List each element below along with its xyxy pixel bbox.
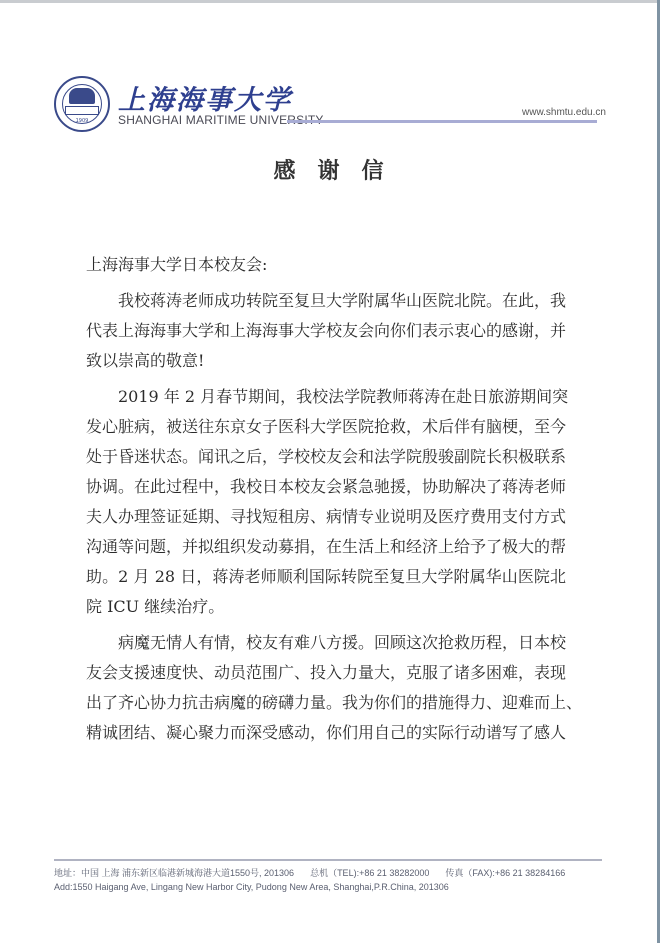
text-line: 沟通等问题，并拟组织发动募捐，在生活上和经济上给予了极大的帮 xyxy=(86,532,566,562)
text-line: 友会支援速度快、动员范围广、投入力量大，克服了诸多困难，表现 xyxy=(86,658,566,688)
text-line: 2019 年 2 月春节期间，我校法学院教师蒋涛在赴日旅游期间突 xyxy=(86,382,566,412)
text-line: 协调。在此过程中，我校日本校友会紧急驰援，协助解决了蒋涛老师 xyxy=(86,472,566,502)
seal-name-band xyxy=(65,106,99,115)
text-line: 出了齐心协力抗击病魔的磅礴力量。我为你们的措施得力、迎难而上、 xyxy=(86,688,566,718)
website-url: www.shmtu.edu.cn xyxy=(522,107,606,118)
seal-ship-emblem-icon xyxy=(69,88,95,104)
telephone: 总机（TEL):+86 21 38282000 xyxy=(310,868,429,878)
footer-rule xyxy=(54,859,602,861)
text-line: 精诚团结、凝心聚力而深受感动，你们用自己的实际行动谱写了感人 xyxy=(86,718,566,748)
footer-line-cn: 地址：中国 上海 浦东新区临港新城海港大道1550号, 201306总机（TEL… xyxy=(54,866,634,880)
text-line: 院 ICU 继续治疗。 xyxy=(86,592,566,622)
address-en: Add:1550 Haigang Ave, Lingang New Harbor… xyxy=(54,880,634,894)
salutation: 上海海事大学日本校友会: xyxy=(86,250,566,280)
text-line: 病魔无情人有情，校友有难八方援。回顾这次抢救历程，日本校 xyxy=(86,628,566,658)
text-line: 处于昏迷状态。闻讯之后，学校校友会和法学院殷骏副院长积极联系 xyxy=(86,442,566,472)
text-line: 代表上海海事大学和上海海事大学校友会向你们表示衷心的感谢，并 xyxy=(86,316,566,346)
seal-year: 1909 xyxy=(56,118,108,124)
letter-body: 上海海事大学日本校友会: 我校蒋涛老师成功转院至复旦大学附属华山医院北院。在此，… xyxy=(86,250,566,748)
text-line: 发心脏病，被送往东京女子医科大学医院抢救，术后伴有脑梗，至今 xyxy=(86,412,566,442)
footer: 地址：中国 上海 浦东新区临港新城海港大道1550号, 201306总机（TEL… xyxy=(54,866,634,894)
letterhead-rule xyxy=(287,120,597,123)
text-line: 致以崇高的敬意! xyxy=(86,346,566,376)
fax: 传真（FAX):+86 21 38284166 xyxy=(445,868,565,878)
document-title: 感谢信 xyxy=(0,154,657,185)
letterhead: 1909 上海海事大学 SHANGHAI MARITIME UNIVERSITY… xyxy=(0,0,657,140)
paragraph-3: 病魔无情人有情，校友有难八方援。回顾这次抢救历程，日本校 友会支援速度快、动员范… xyxy=(86,628,566,748)
paragraph-2: 2019 年 2 月春节期间，我校法学院教师蒋涛在赴日旅游期间突 发心脏病，被送… xyxy=(86,382,566,622)
address-cn: 地址：中国 上海 浦东新区临港新城海港大道1550号, 201306 xyxy=(54,868,294,878)
text-line: 助。2 月 28 日，蒋涛老师顺利国际转院至复旦大学附属华山医院北 xyxy=(86,562,566,592)
university-seal-icon: 1909 xyxy=(54,76,110,132)
text-line: 夫人办理签证延期、寻找短租房、病情专业说明及医疗费用支付方式 xyxy=(86,502,566,532)
university-name-cn: 上海海事大学 xyxy=(118,78,292,117)
text-line: 我校蒋涛老师成功转院至复旦大学附属华山医院北院。在此，我 xyxy=(86,286,566,316)
paragraph-1: 我校蒋涛老师成功转院至复旦大学附属华山医院北院。在此，我 代表上海海事大学和上海… xyxy=(86,286,566,376)
